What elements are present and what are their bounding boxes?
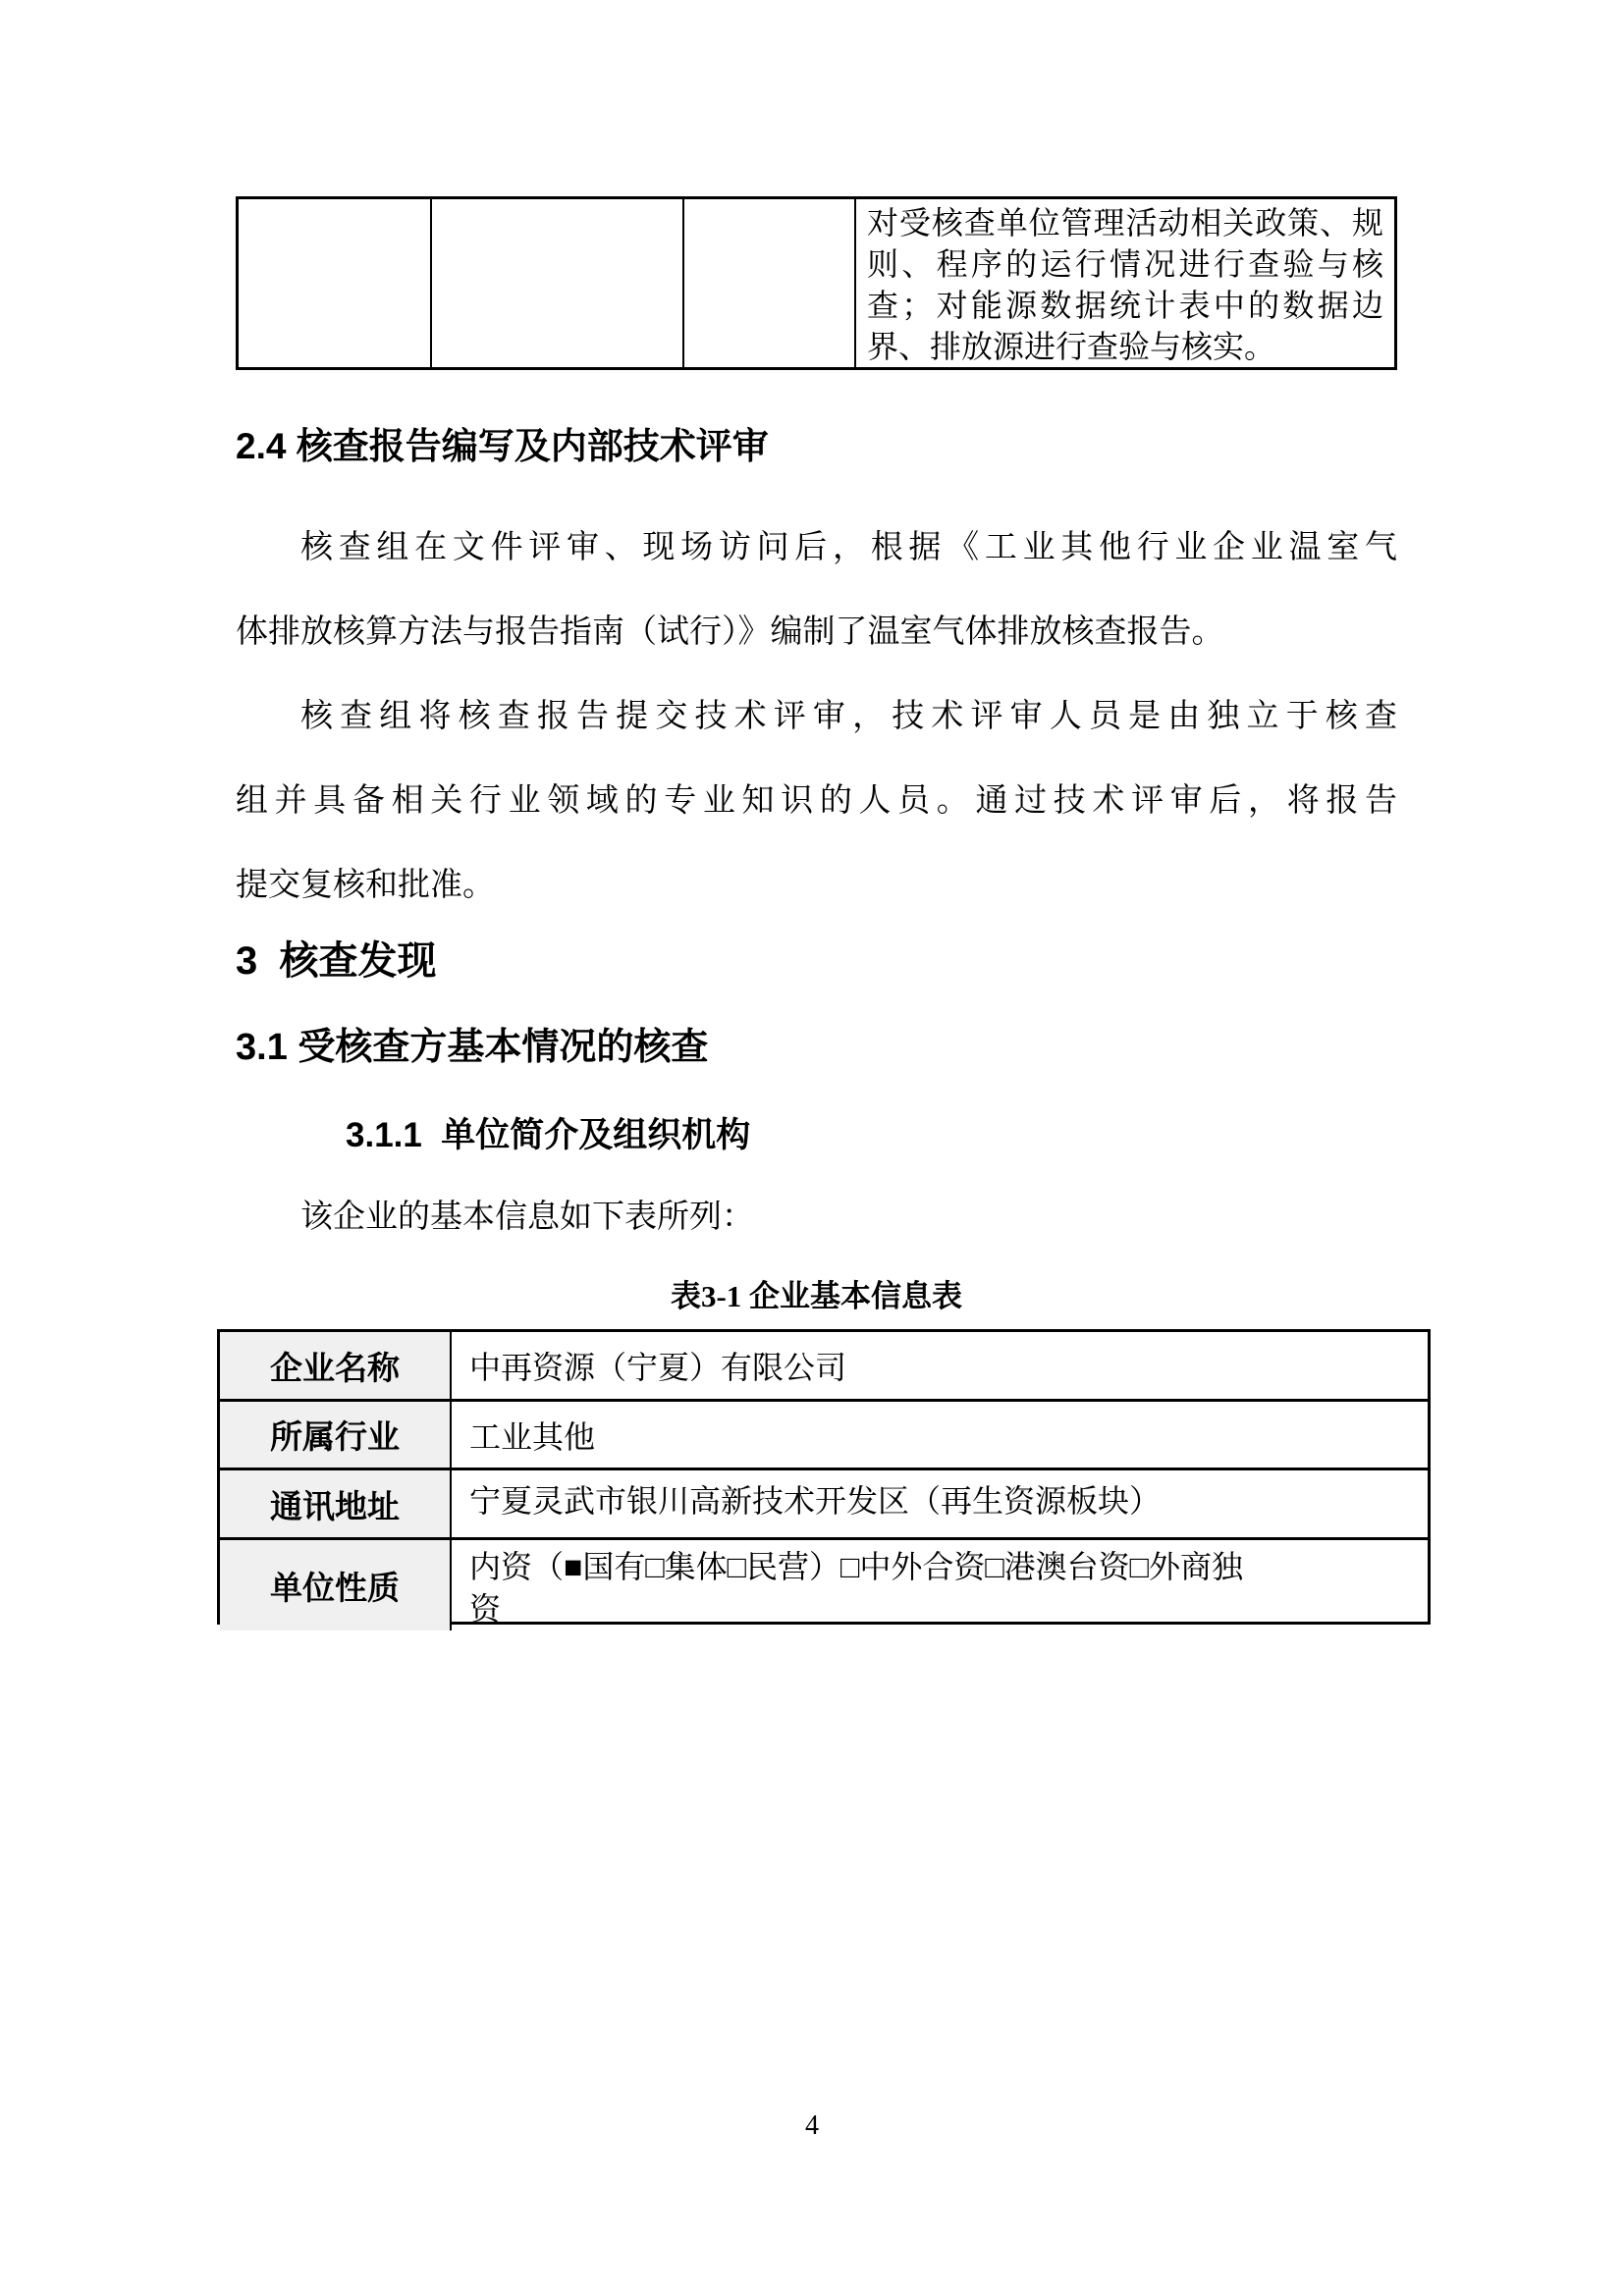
paragraph3-line1: 该企业的基本信息如下表所列： [236, 1199, 1397, 1238]
table-cell-detail: 对受核查单位管理活动相关政策、规 则、程序的运行情况进行查验与核 查；对能源数据… [856, 199, 1394, 367]
detail-line-3: 查；对能源数据统计表中的数据边 [867, 285, 1383, 326]
row4-label: 单位性质 [220, 1540, 452, 1630]
detail-line-4: 界、排放源进行查验与核实。 [867, 326, 1383, 367]
row2-label: 所属行业 [220, 1402, 452, 1470]
page-number: 4 [0, 2110, 1624, 2142]
heading-3: 3 核查发现 [236, 940, 436, 982]
row3-label: 通讯地址 [220, 1470, 452, 1540]
heading-2-4: 2.4 核查报告编写及内部技术评审 [236, 428, 769, 466]
row4-value: 内资（■国有□集体□民营）□中外合资□港澳台资□外商独 资 [452, 1540, 1428, 1630]
paragraph2-line3: 提交复核和批准。 [236, 867, 1397, 906]
heading-3-1: 3.1 受核查方基本情况的核查 [236, 1029, 708, 1068]
paragraph2-line2: 组并具备相关行业领域的专业知识的人员。通过技术评审后，将报告 [236, 782, 1397, 822]
row1-label: 企业名称 [220, 1332, 452, 1402]
table-cell-empty-2 [432, 199, 684, 367]
paragraph1-line1: 核查组在文件评审、现场访问后，根据《工业其他行业企业温室气 [236, 529, 1397, 568]
table3-1-caption: 表3-1 企业基本信息表 [236, 1271, 1397, 1315]
paragraph2-line1: 核查组将核查报告提交技术评审，技术评审人员是由独立于核查 [236, 698, 1397, 737]
table-cell-empty-1 [239, 199, 432, 367]
row1-value: 中再资源（宁夏）有限公司 [452, 1332, 1428, 1402]
row4-value-line2: 资 [469, 1588, 1414, 1630]
row3-value: 宁夏灵武市银川高新技术开发区（再生资源板块） [452, 1470, 1428, 1540]
continuation-table: 对受核查单位管理活动相关政策、规 则、程序的运行情况进行查验与核 查；对能源数据… [236, 196, 1397, 370]
row4-value-line1: 内资（■国有□集体□民营）□中外合资□港澳台资□外商独 [469, 1546, 1414, 1588]
company-info-table: 企业名称 中再资源（宁夏）有限公司 所属行业 工业其他 通讯地址 宁夏灵武市银川… [217, 1329, 1431, 1625]
detail-line-1: 对受核查单位管理活动相关政策、规 [867, 202, 1383, 243]
row2-value: 工业其他 [452, 1402, 1428, 1470]
document-page: 对受核查单位管理活动相关政策、规 则、程序的运行情况进行查验与核 查；对能源数据… [0, 0, 1624, 2296]
paragraph1-line2: 体排放核算方法与报告指南（试行）》编制了温室气体排放核查报告。 [236, 614, 1397, 653]
heading-3-1-1: 3.1.1 单位简介及组织机构 [346, 1118, 750, 1154]
detail-line-2: 则、程序的运行情况进行查验与核 [867, 243, 1383, 285]
table-cell-empty-3 [684, 199, 856, 367]
